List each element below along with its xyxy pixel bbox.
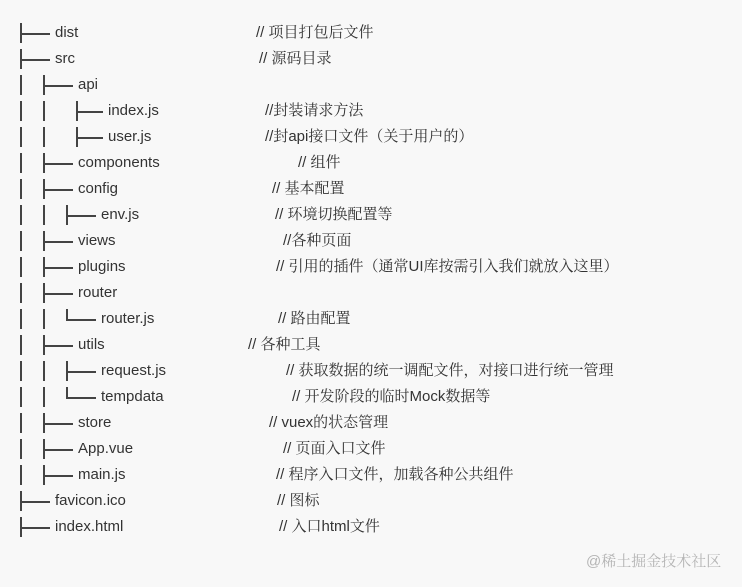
tree-corner-icon (66, 387, 68, 397)
tree-row: dist// 项目打包后文件 (0, 20, 742, 46)
tree-connector-line (20, 59, 50, 61)
file-comment: // 入口html文件 (279, 514, 380, 540)
tree-row: App.vue// 页面入口文件 (0, 436, 742, 462)
tree-guide-line (20, 283, 22, 303)
file-comment: // 引用的插件（通常UI库按需引入我们就放入这里） (276, 254, 619, 280)
tree-guide-line (43, 101, 45, 121)
file-name: router.js (101, 306, 154, 332)
tree-guide-line (20, 465, 22, 485)
tree-guide-line (20, 257, 22, 277)
directory-tree: dist// 项目打包后文件src// 源码目录apiindex.js//封装请… (0, 0, 742, 587)
file-comment: // 图标 (277, 488, 320, 514)
tree-connector-line (66, 371, 96, 373)
tree-row: tempdata// 开发阶段的临时Mock数据等 (0, 384, 742, 410)
file-comment: //封装请求方法 (265, 98, 363, 124)
tree-row: env.js// 环境切换配置等 (0, 202, 742, 228)
file-comment: // 组件 (298, 150, 341, 176)
tree-row: src// 源码目录 (0, 46, 742, 72)
tree-row: index.js//封装请求方法 (0, 98, 742, 124)
tree-connector-line (43, 475, 73, 477)
tree-guide-line (20, 231, 22, 251)
file-name: src (55, 46, 75, 72)
tree-connector-line (43, 345, 73, 347)
tree-guide-line (43, 361, 45, 381)
file-comment: // 开发阶段的临时Mock数据等 (292, 384, 490, 410)
file-comment: // vuex的状态管理 (269, 410, 388, 436)
tree-connector-line (43, 423, 73, 425)
file-comment: // 源码目录 (259, 46, 332, 72)
tree-row: request.js// 获取数据的统一调配文件，对接口进行统一管理 (0, 358, 742, 384)
tree-guide-line (20, 413, 22, 433)
file-name: config (78, 176, 118, 202)
tree-guide-line (20, 361, 22, 381)
tree-connector-line (66, 397, 96, 399)
tree-guide-line (43, 387, 45, 407)
file-name: env.js (101, 202, 139, 228)
tree-connector-line (43, 293, 73, 295)
tree-row: user.js//封api接口文件（关于用户的） (0, 124, 742, 150)
tree-row: plugins// 引用的插件（通常UI库按需引入我们就放入这里） (0, 254, 742, 280)
file-name: tempdata (101, 384, 164, 410)
tree-row: router (0, 280, 742, 306)
file-name: favicon.ico (55, 488, 126, 514)
file-name: api (78, 72, 98, 98)
tree-row: api (0, 72, 742, 98)
tree-connector-line (20, 33, 50, 35)
tree-connector-line (43, 85, 73, 87)
file-name: index.html (55, 514, 123, 540)
file-comment: // 环境切换配置等 (275, 202, 393, 228)
tree-guide-line (20, 205, 22, 225)
file-name: plugins (78, 254, 126, 280)
tree-connector-line (66, 215, 96, 217)
tree-guide-line (20, 387, 22, 407)
tree-row: store// vuex的状态管理 (0, 410, 742, 436)
tree-row: router.js// 路由配置 (0, 306, 742, 332)
tree-connector-line (76, 137, 103, 139)
file-comment: // 获取数据的统一调配文件，对接口进行统一管理 (286, 358, 614, 384)
file-name: user.js (108, 124, 151, 150)
file-comment: //封api接口文件（关于用户的） (265, 124, 473, 150)
tree-guide-line (43, 127, 45, 147)
tree-guide-line (20, 309, 22, 329)
file-comment: // 页面入口文件 (283, 436, 386, 462)
tree-guide-line (20, 101, 22, 121)
tree-connector-line (43, 449, 73, 451)
file-name: utils (78, 332, 105, 358)
file-name: store (78, 410, 111, 436)
file-name: index.js (108, 98, 159, 124)
tree-connector-line (43, 163, 73, 165)
file-name: views (78, 228, 116, 254)
tree-connector-line (43, 189, 73, 191)
file-comment: // 基本配置 (272, 176, 345, 202)
tree-connector-line (66, 319, 96, 321)
tree-corner-icon (66, 309, 68, 319)
file-name: router (78, 280, 117, 306)
tree-guide-line (20, 335, 22, 355)
file-comment: //各种页面 (283, 228, 351, 254)
tree-row: components// 组件 (0, 150, 742, 176)
tree-guide-line (20, 75, 22, 95)
tree-guide-line (43, 205, 45, 225)
tree-guide-line (20, 179, 22, 199)
tree-row: main.js// 程序入口文件，加载各种公共组件 (0, 462, 742, 488)
file-name: main.js (78, 462, 126, 488)
tree-row: views//各种页面 (0, 228, 742, 254)
watermark: @稀土掘金技术社区 (586, 550, 721, 571)
file-name: App.vue (78, 436, 133, 462)
tree-guide-line (43, 309, 45, 329)
tree-connector-line (20, 527, 50, 529)
tree-connector-line (20, 501, 50, 503)
tree-row: config// 基本配置 (0, 176, 742, 202)
file-comment: // 路由配置 (278, 306, 351, 332)
tree-row: index.html// 入口html文件 (0, 514, 742, 540)
tree-guide-line (20, 439, 22, 459)
file-name: dist (55, 20, 78, 46)
file-name: request.js (101, 358, 166, 384)
file-comment: // 项目打包后文件 (256, 20, 374, 46)
tree-guide-line (20, 153, 22, 173)
file-comment: // 各种工具 (248, 332, 321, 358)
file-name: components (78, 150, 160, 176)
tree-connector-line (43, 241, 73, 243)
tree-row: utils// 各种工具 (0, 332, 742, 358)
tree-connector-line (76, 111, 103, 113)
tree-connector-line (43, 267, 73, 269)
file-comment: // 程序入口文件，加载各种公共组件 (276, 462, 514, 488)
tree-row: favicon.ico// 图标 (0, 488, 742, 514)
tree-guide-line (20, 127, 22, 147)
